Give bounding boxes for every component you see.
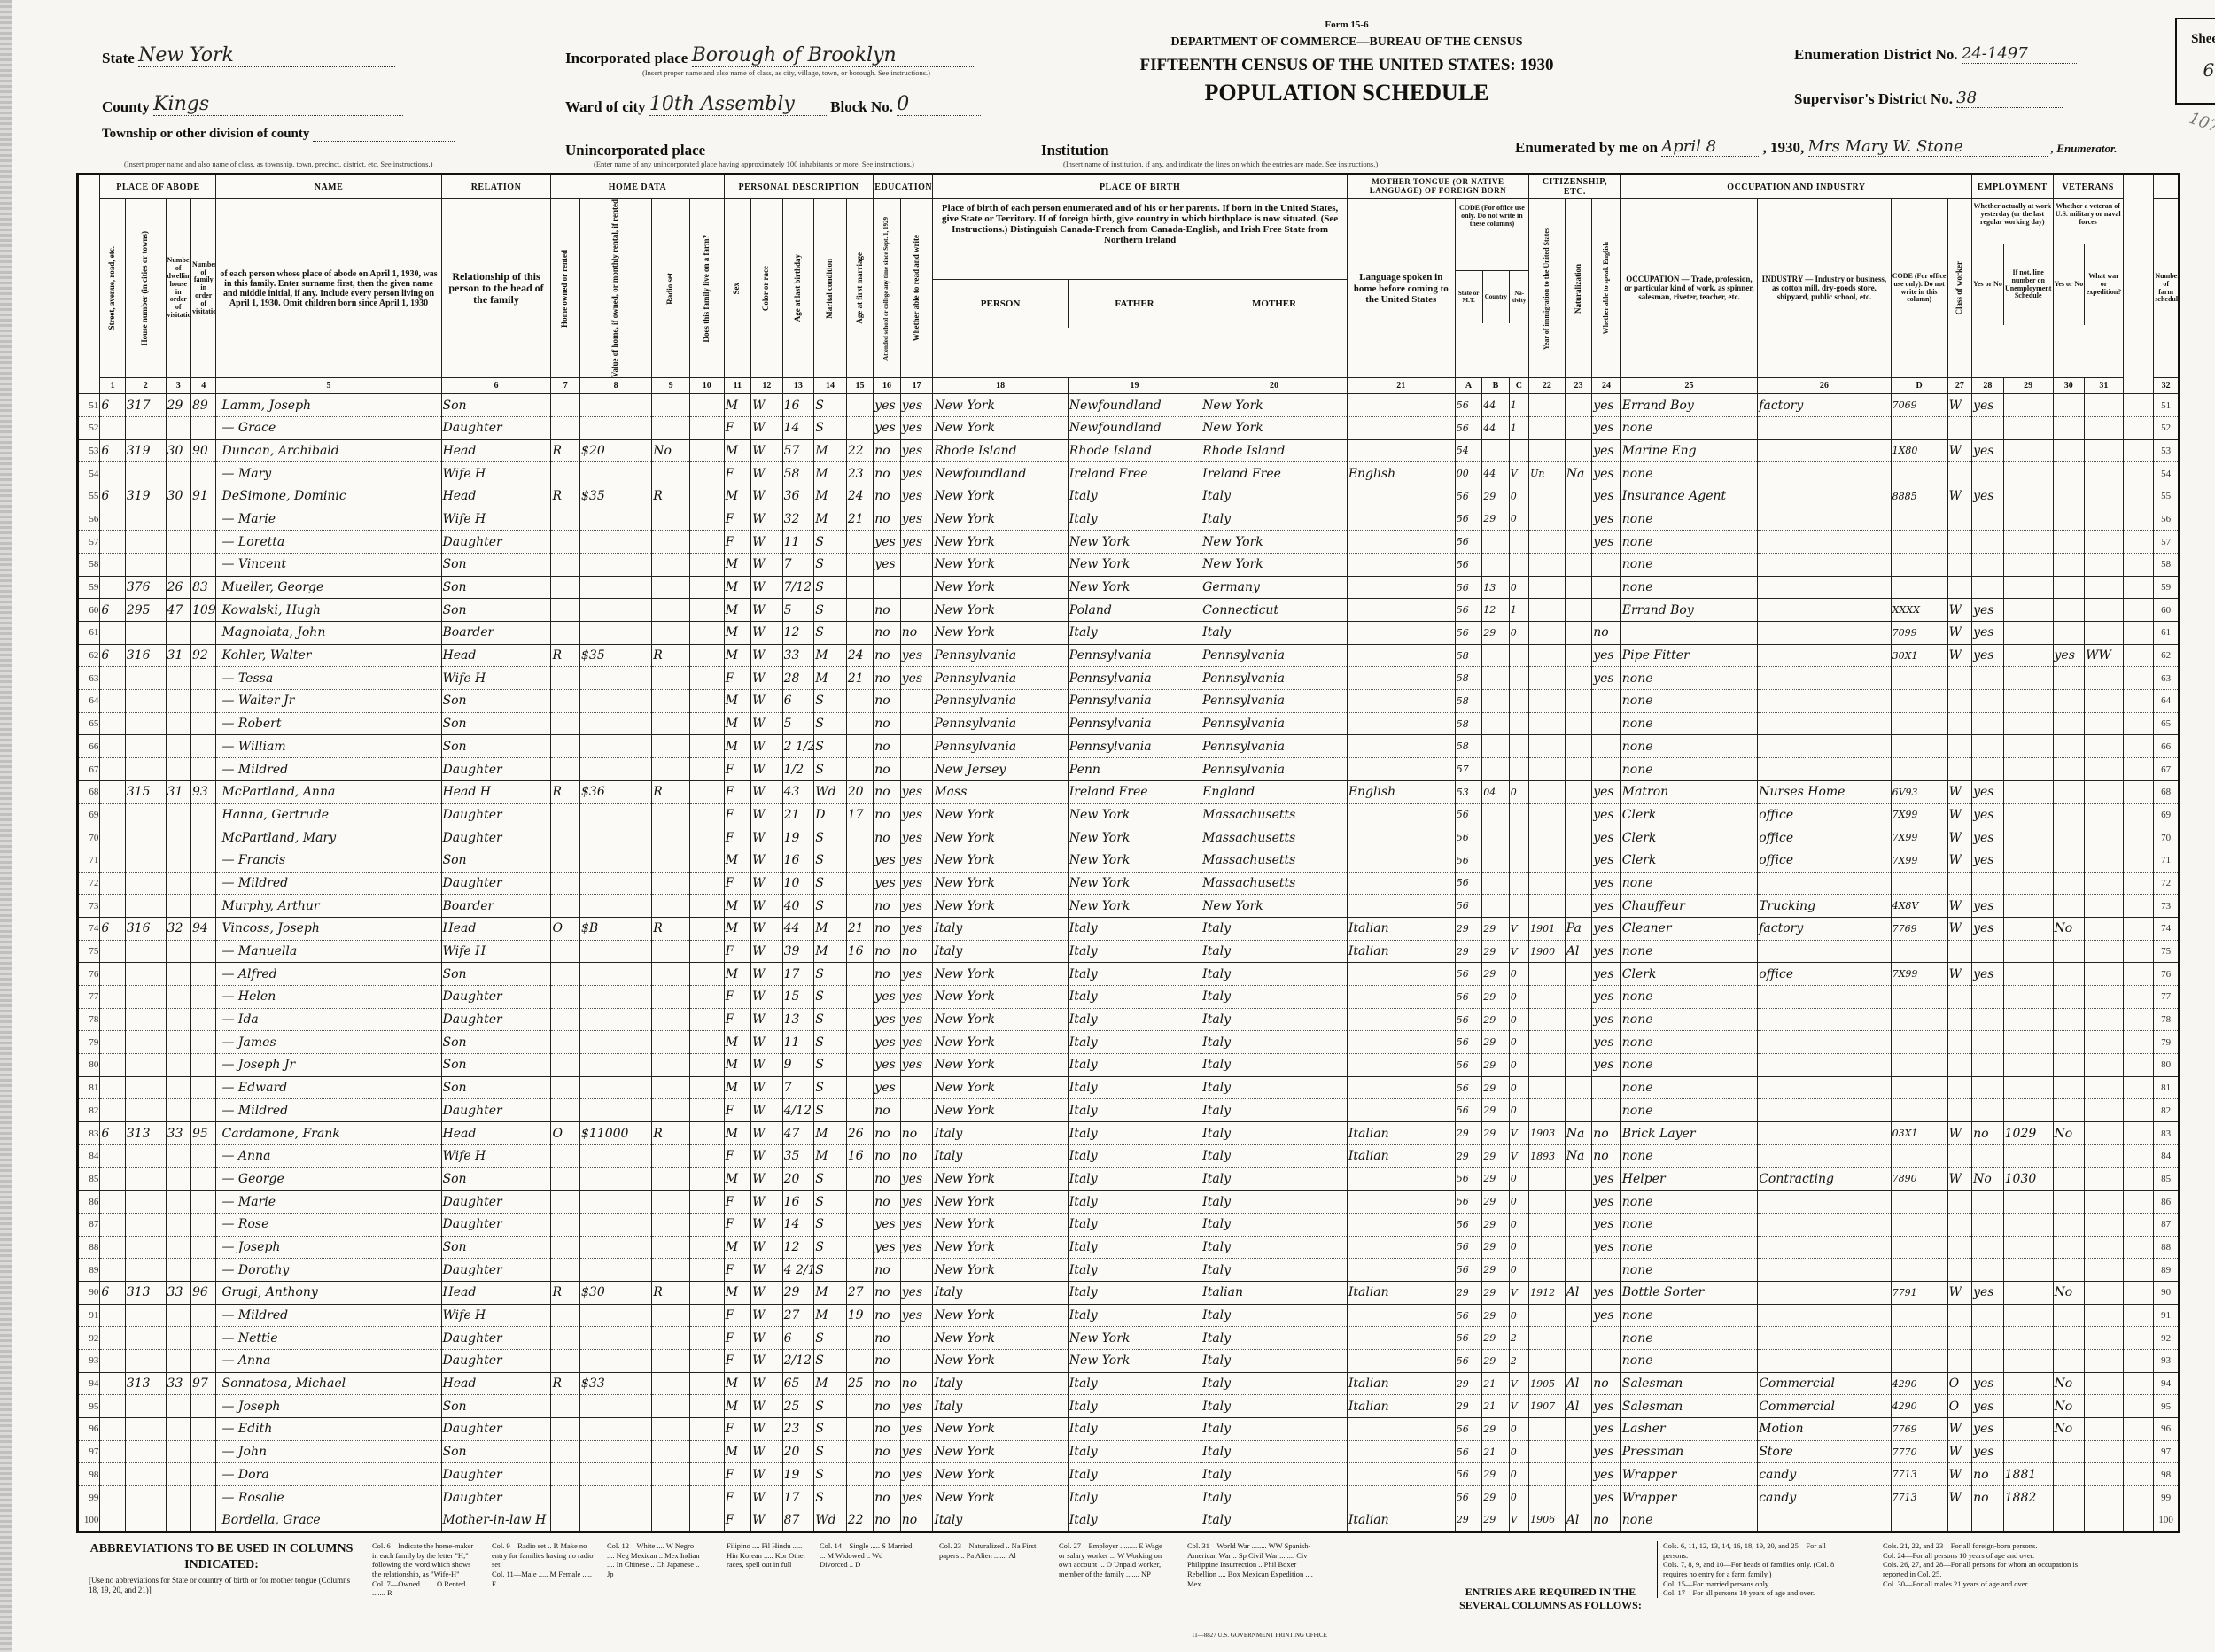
radio-cell [652,576,690,599]
unemployment-line-cell [2003,1054,2053,1077]
at-work-cell: yes [1972,485,2004,508]
sex-cell: F [724,1327,750,1350]
census-row: 91— MildredWife HFW27M19noyesNew YorkIta… [78,1304,2180,1327]
farm-cell [689,826,724,849]
occupation-cell: Matron [1620,780,1757,803]
code-a-cell: 58 [1455,667,1481,690]
name-cell: — Alfred [216,963,441,986]
occupation-code-cell [1891,508,1947,531]
mother-tongue-cell: English [1347,780,1455,803]
age-cell: 47 [782,1122,814,1145]
entries-list-1: Cols. 6, 11, 12, 13, 14, 16, 18, 19, 20,… [1657,1541,1852,1598]
father-birthplace-cell: Rhode Island [1068,439,1201,462]
radio-cell [652,963,690,986]
code-b-cell: 29 [1482,1281,1509,1304]
industry-cell: Motion [1758,1418,1891,1441]
marital-cell: S [814,1395,847,1418]
house-number-cell: 376 [125,576,166,599]
occupation-cell: none [1620,690,1757,713]
speaks-english-cell [1592,1259,1621,1282]
family-number-cell: 91 [190,485,216,508]
code-c-cell: 0 [1509,1008,1528,1031]
col19-label: FATHER [1069,280,1201,328]
relation-cell: Son [441,394,551,417]
school-cell: yes [874,1076,900,1099]
census-row: 80— Joseph JrSonMW9SyesyesNew YorkItalyI… [78,1054,2180,1077]
occupation-code-cell: 4290 [1891,1372,1947,1395]
col18-label: PERSON [933,280,1068,328]
family-number-cell: 96 [190,1281,216,1304]
code-c-cell: 0 [1509,1463,1528,1486]
school-cell: no [874,1281,900,1304]
occupation-code-cell [1891,940,1947,963]
farm-cell [689,1213,724,1236]
street-cell [100,1509,125,1532]
column-number: 32 [2154,378,2180,394]
birthplace-cell: New York [933,1350,1068,1373]
occupation-code-cell [1891,1509,1947,1532]
unemployment-line-cell [2003,895,2053,918]
mother-tongue-cell [1347,1236,1455,1259]
column-number: 26 [1758,378,1891,394]
code-c-cell: 0 [1509,576,1528,599]
mother-tongue-cell [1347,712,1455,735]
entries-2: Cols. 7, 8, 9, and 10—For heads of famil… [1663,1560,1852,1578]
school-cell: no [874,1327,900,1350]
marital-cell: M [814,667,847,690]
relation-cell: Son [441,1395,551,1418]
race-cell: W [751,872,783,895]
class-of-worker-cell: O [1947,1372,1971,1395]
dwelling-number-cell [166,1054,190,1077]
right-line-number: 59 [2154,576,2180,599]
house-number-cell [125,1236,166,1259]
veteran-cell [2053,1054,2085,1077]
code-a-cell: 56 [1455,531,1481,554]
column-number: 10 [689,378,724,394]
age-cell: 15 [782,986,814,1009]
supervisor-district-field: Supervisor's District No. 38 [1794,89,2063,108]
school-cell: yes [874,394,900,417]
dwelling-number-cell [166,1144,190,1167]
age-first-marriage-cell: 21 [846,917,874,940]
age-cell: 16 [782,394,814,417]
father-birthplace-cell: New York [1068,1350,1201,1373]
right-line-number: 53 [2154,439,2180,462]
school-cell: yes [874,1054,900,1077]
school-cell: no [874,690,900,713]
marital-cell: S [814,690,847,713]
class-of-worker-cell: W [1947,394,1971,417]
colD-header: CODE (For office use only). Do not write… [1891,199,1947,378]
age-first-marriage-cell: 22 [846,1509,874,1532]
race-cell: W [751,485,783,508]
code-c-cell: 0 [1509,1236,1528,1259]
unemployment-line-cell [2003,531,2053,554]
dwelling-number-cell [166,1008,190,1031]
code-c-cell: 0 [1509,1167,1528,1191]
home-owned-cell: O [551,917,580,940]
home-owned-cell [551,963,580,986]
school-cell: no [874,1304,900,1327]
father-birthplace-cell: Italy [1068,1259,1201,1282]
occupation-code-cell [1891,986,1947,1009]
relation-cell: Mother-in-law H [441,1509,551,1532]
header-education: EDUCATION [874,175,933,199]
street-cell [100,1259,125,1282]
speaks-english-cell: no [1592,1509,1621,1532]
code-c-cell: 0 [1509,780,1528,803]
family-number-cell: 94 [190,917,216,940]
mother-birthplace-cell: Italy [1201,622,1348,645]
relation-cell: Daughter [441,1327,551,1350]
school-cell: no [874,1122,900,1145]
dwelling-number-cell [166,826,190,849]
relation-cell: Head [441,644,551,667]
code-a-cell: 56 [1455,1167,1481,1191]
read-write-cell: yes [900,1213,933,1236]
race-cell: W [751,690,783,713]
speaks-english-cell: yes [1592,462,1621,485]
abbr-col12b: Filipino .... Fil Hindu ..... Hin Korean… [727,1541,806,1570]
dwelling-number-cell [166,735,190,758]
sex-cell: M [724,622,750,645]
col10-header: Does this family live on a farm? [689,199,724,378]
age-cell: 65 [782,1372,814,1395]
home-owned-cell [551,1463,580,1486]
family-number-cell [190,622,216,645]
pob-note-text: Place of birth of each person enumerated… [934,203,1345,274]
occupation-code-cell [1891,1350,1947,1373]
code-c-cell: 0 [1509,1076,1528,1099]
farm-schedule-cell [2123,1122,2154,1145]
radio-cell [652,1144,690,1167]
code-c-cell: V [1509,1372,1528,1395]
occupation-code-cell [1891,1076,1947,1099]
speaks-english-cell: yes [1592,1031,1621,1054]
immigration-year-cell: 1912 [1529,1281,1566,1304]
speaks-english-cell: yes [1592,803,1621,826]
radio-cell [652,462,690,485]
home-value-cell: $36 [580,780,652,803]
war-cell [2085,1122,2124,1145]
speaks-english-cell: no [1592,1122,1621,1145]
code-b-cell [1482,735,1509,758]
house-number-cell [125,690,166,713]
home-value-cell [580,1463,652,1486]
col5-header: of each person whose place of abode on A… [216,199,441,378]
father-birthplace-cell: Italy [1068,1099,1201,1122]
speaks-english-cell: yes [1592,531,1621,554]
mother-tongue-cell [1347,1191,1455,1214]
home-owned-cell [551,1076,580,1099]
home-owned-cell [551,1213,580,1236]
name-cell: — Mildred [216,1099,441,1122]
census-row: 81— EdwardSonMW7SyesNew YorkItalyItaly56… [78,1076,2180,1099]
veteran-cell: No [2053,1395,2085,1418]
read-write-cell: yes [900,872,933,895]
speaks-english-cell: yes [1592,1463,1621,1486]
code-b-cell [1482,553,1509,576]
race-cell: W [751,1350,783,1373]
radio-cell: R [652,1281,690,1304]
line-number: 72 [78,872,100,895]
home-owned-cell [551,1054,580,1077]
immigration-year-cell [1529,1259,1566,1282]
unemployment-line-cell [2003,622,2053,645]
right-line-number: 79 [2154,1031,2180,1054]
father-birthplace-cell: Ireland Free [1068,780,1201,803]
mother-birthplace-cell: Italy [1201,485,1348,508]
immigration-year-cell [1529,1463,1566,1486]
line-number: 80 [78,1054,100,1077]
school-cell: yes [874,1236,900,1259]
home-value-cell [580,1008,652,1031]
veteran-cell [2053,1144,2085,1167]
column-number: 20 [1201,378,1348,394]
read-write-cell: yes [900,917,933,940]
immigration-year-cell [1529,1236,1566,1259]
county-value: Kings [153,93,403,116]
war-cell [2085,667,2124,690]
form-number: Form 15-6 [1099,19,1595,30]
occupation-code-cell: 7X99 [1891,963,1947,986]
house-number-cell [125,1304,166,1327]
war-cell [2085,1395,2124,1418]
col24-label: Whether able to speak English [1603,242,1611,334]
farm-schedule-cell [2123,1008,2154,1031]
entries-5: Cols. 21, 22, and 23—For all foreign-bor… [1883,1541,2095,1551]
industry-cell: office [1758,849,1891,872]
institution-label: Institution [1041,142,1109,159]
right-line-number: 88 [2154,1236,2180,1259]
farm-schedule-cell [2123,1486,2154,1509]
code-b-cell: 44 [1482,394,1509,417]
birthplace-cell: New York [933,622,1068,645]
code-c-cell: 0 [1509,1304,1528,1327]
family-number-cell: 92 [190,644,216,667]
code-a-cell: 56 [1455,1463,1481,1486]
veteran-cell [2053,872,2085,895]
industry-cell [1758,1304,1891,1327]
right-line-number: 74 [2154,917,2180,940]
code-c-cell: V [1509,1122,1528,1145]
dwelling-number-cell: 26 [166,576,190,599]
employment-note: Whether actually at work yesterday (or t… [1972,199,2053,378]
column-number: 12 [751,378,783,394]
immigration-year-cell [1529,758,1566,781]
code-note: CODE (For office use only. Do not write … [1457,199,1527,270]
war-cell [2085,1440,2124,1463]
farm-cell [689,439,724,462]
relation-cell: Daughter [441,1486,551,1509]
mother-birthplace-cell: Italy [1201,1259,1348,1282]
birthplace-cell: New York [933,1191,1068,1214]
veteran-cell [2053,1259,2085,1282]
age-cell: 1/2 [782,758,814,781]
naturalization-cell [1565,872,1591,895]
code-c-cell [1509,531,1528,554]
block-value: 0 [897,93,981,116]
veteran-cell [2053,1167,2085,1191]
institution-field: Institution [1041,142,1556,159]
farm-schedule-cell [2123,1099,2154,1122]
war-cell [2085,963,2124,986]
right-line-number: 95 [2154,1395,2180,1418]
industry-cell [1758,599,1891,622]
house-number-cell [125,1144,166,1167]
naturalization-cell [1565,622,1591,645]
home-owned-cell: R [551,1281,580,1304]
census-row: 7463163294Vincoss, JosephHeadO$BRMW44M21… [78,917,2180,940]
township-field: Township or other division of county [102,127,545,142]
name-cell: Kohler, Walter [216,644,441,667]
code-a-cell: 58 [1455,644,1481,667]
sex-cell: M [724,1440,750,1463]
read-write-cell: yes [900,895,933,918]
war-cell [2085,1418,2124,1441]
col2-header: House number (in cities or towns) [125,199,166,378]
code-a-cell: 56 [1455,622,1481,645]
home-owned-cell [551,1167,580,1191]
code-b-cell: 29 [1482,1054,1509,1077]
farm-cell [689,1486,724,1509]
sex-cell: F [724,1304,750,1327]
race-cell: W [751,780,783,803]
radio-cell [652,872,690,895]
radio-cell [652,735,690,758]
farm-schedule-cell [2123,416,2154,439]
class-of-worker-cell [1947,576,1971,599]
dwelling-number-cell [166,667,190,690]
father-birthplace-cell: Italy [1068,485,1201,508]
unemployment-line-cell [2003,826,2053,849]
occupation-cell: none [1620,1350,1757,1373]
age-cell: 57 [782,439,814,462]
birthplace-cell: Italy [933,1281,1068,1304]
at-work-cell [1972,553,2004,576]
incorporated-note: (Insert proper name and also name of cla… [642,68,930,77]
street-cell [100,667,125,690]
speaks-english-cell: yes [1592,1281,1621,1304]
age-cell: 7 [782,553,814,576]
relation-cell: Wife H [441,508,551,531]
read-write-cell [900,1259,933,1282]
name-cell: Sonnatosa, Michael [216,1372,441,1395]
veterans-note: Whether a veteran of U.S. military or na… [2053,199,2123,378]
age-cell: 11 [782,531,814,554]
speaks-english-cell: yes [1592,940,1621,963]
line-number: 88 [78,1236,100,1259]
veteran-cell [2053,1304,2085,1327]
street-cell [100,1076,125,1099]
school-cell: no [874,1144,900,1167]
mother-tongue-cell: English [1347,462,1455,485]
code-a-cell: 56 [1455,416,1481,439]
sex-cell: M [724,644,750,667]
mother-tongue-cell [1347,622,1455,645]
ed-value: 24-1497 [1962,44,2077,64]
father-birthplace-cell: Italy [1068,1054,1201,1077]
home-owned-cell [551,1144,580,1167]
school-cell: no [874,1372,900,1395]
industry-cell [1758,1054,1891,1077]
farm-cell [689,963,724,986]
township-label: Township or other division of county [102,127,309,141]
race-cell: W [751,917,783,940]
at-work-cell: yes [1972,622,2004,645]
occupation-cell: none [1620,1144,1757,1167]
race-cell: W [751,394,783,417]
occupation-code-cell [1891,1304,1947,1327]
family-number-cell [190,531,216,554]
war-cell [2085,485,2124,508]
street-cell [100,826,125,849]
father-birthplace-cell: Pennsylvania [1068,690,1201,713]
read-write-cell [900,758,933,781]
census-row: 67— MildredDaughterFW1/2SnoNew JerseyPen… [78,758,2180,781]
family-number-cell [190,1031,216,1054]
occupation-cell: none [1620,576,1757,599]
naturalization-cell: Na [1565,462,1591,485]
code-c-cell: 1 [1509,394,1528,417]
house-number-cell [125,1213,166,1236]
relation-cell: Wife H [441,667,551,690]
street-cell [100,1236,125,1259]
home-owned-cell: R [551,485,580,508]
dwelling-number-cell [166,712,190,735]
immigration-year-cell [1529,963,1566,986]
read-write-cell [900,712,933,735]
read-write-cell: yes [900,849,933,872]
age-first-marriage-cell: 26 [846,1122,874,1145]
farm-schedule-cell [2123,1191,2154,1214]
family-number-cell [190,1327,216,1350]
farm-cell [689,1350,724,1373]
sex-cell: M [724,1122,750,1145]
sex-cell: M [724,1281,750,1304]
census-row: 84— AnnaWife HFW35M16nonoItalyItalyItaly… [78,1144,2180,1167]
class-of-worker-cell: W [1947,1440,1971,1463]
relation-cell: Head H [441,780,551,803]
radio-cell [652,1008,690,1031]
father-birthplace-cell: Italy [1068,1304,1201,1327]
census-row: 9063133396Grugi, AnthonyHeadR$30RMW29M27… [78,1281,2180,1304]
class-of-worker-cell [1947,1054,1971,1077]
column-number: 7 [551,378,580,394]
birthplace-cell: New York [933,963,1068,986]
school-cell: no [874,622,900,645]
home-owned-cell: R [551,780,580,803]
home-value-cell [580,803,652,826]
code-b-cell: 29 [1482,1259,1509,1282]
occupation-cell: Pressman [1620,1440,1757,1463]
home-value-cell [580,1076,652,1099]
sex-cell: F [724,826,750,849]
age-cell: 58 [782,462,814,485]
sex-cell: F [724,531,750,554]
occupation-cell: none [1620,1236,1757,1259]
col10-label: Does this family live on a farm? [703,235,711,343]
farm-cell [689,917,724,940]
sex-cell: M [724,576,750,599]
age-cell: 16 [782,849,814,872]
read-write-cell: yes [900,803,933,826]
occupation-cell: Clerk [1620,963,1757,986]
occupation-code-cell [1891,462,1947,485]
class-of-worker-cell: W [1947,1122,1971,1145]
column-number: 3 [166,378,190,394]
